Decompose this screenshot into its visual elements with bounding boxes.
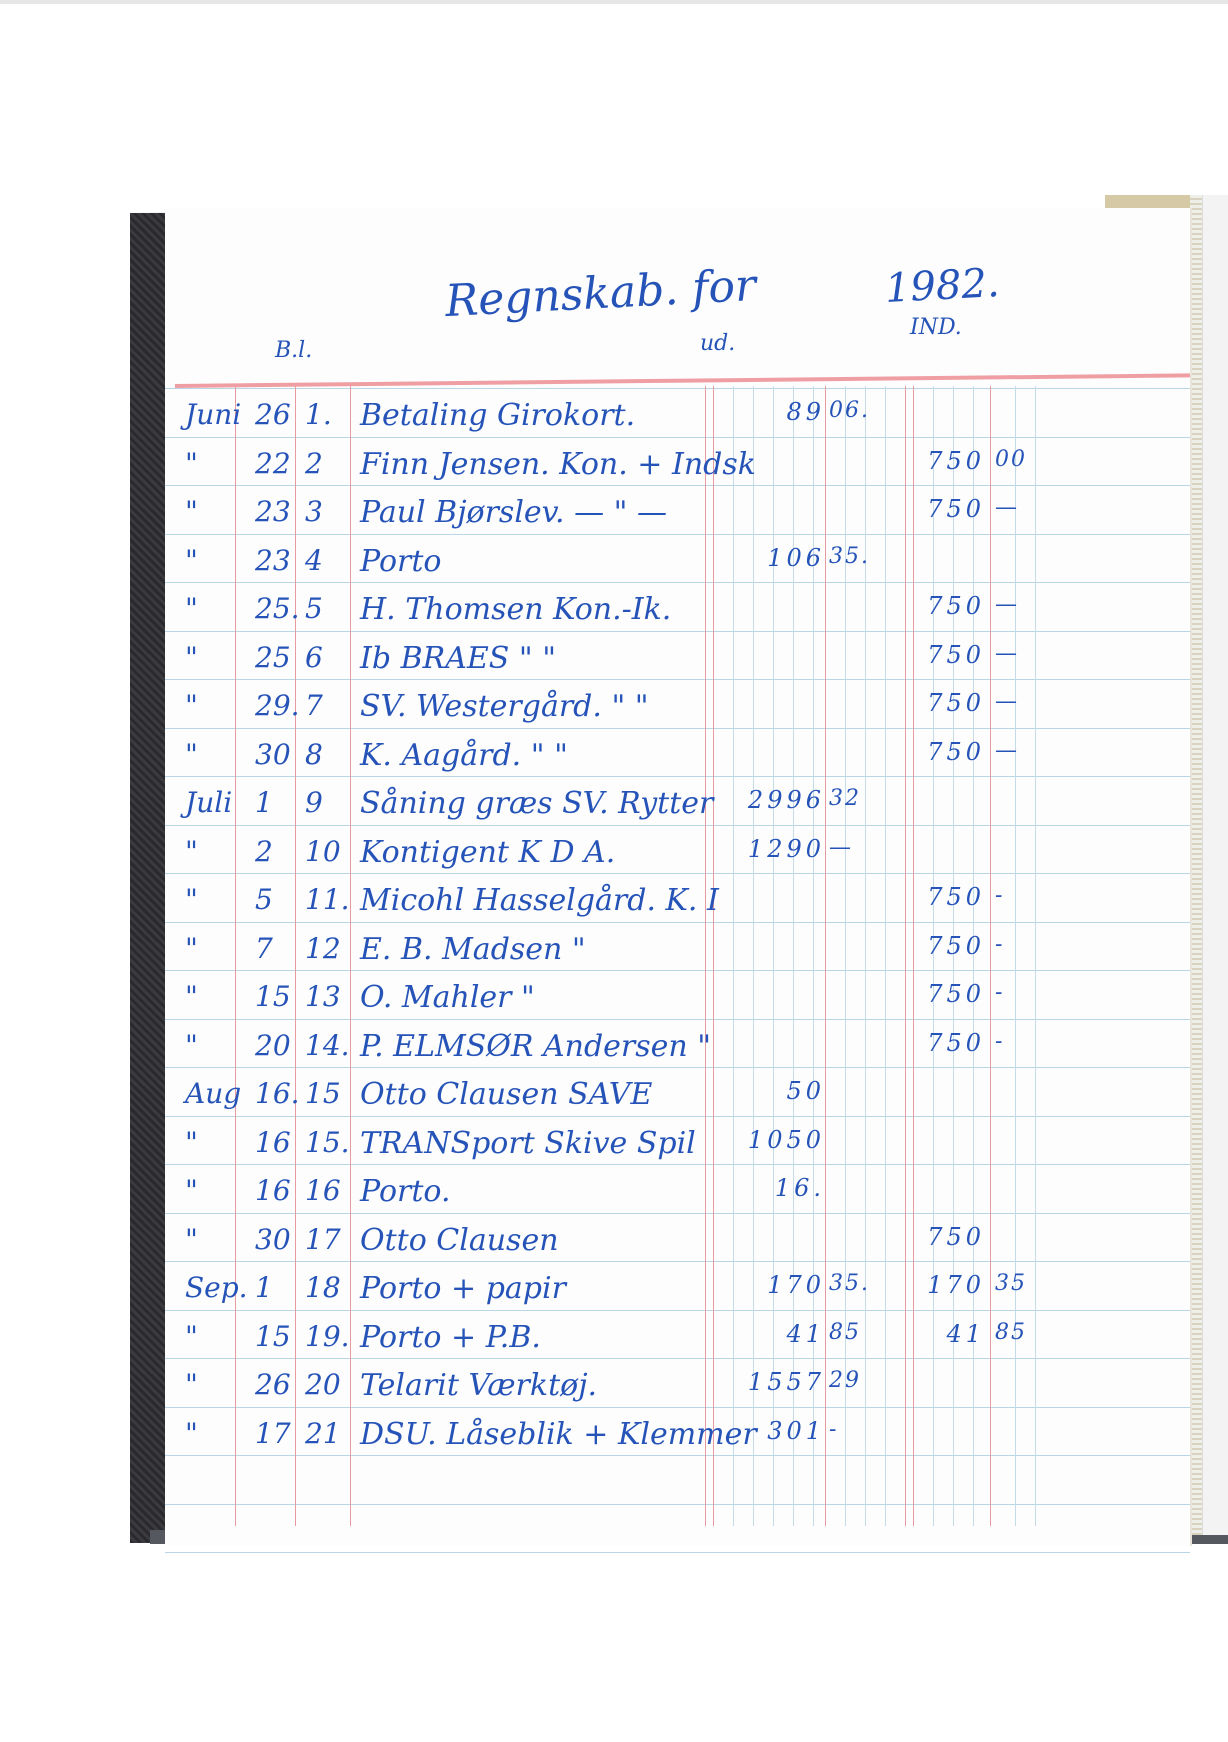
entry-month: ": [185, 1368, 198, 1401]
page-stitched-edge: [1190, 195, 1202, 1535]
entry-description: O. Mahler ": [360, 980, 535, 1015]
ledger-row: "1519.Porto + P.B.41854185: [165, 1314, 1190, 1362]
entry-ind-cents: -: [995, 1029, 1004, 1054]
entry-description: E. B. Madsen ": [360, 932, 586, 967]
entry-description: Kontigent K D A.: [360, 835, 615, 870]
entry-day: 22: [255, 447, 291, 480]
entry-month: ": [185, 1320, 198, 1353]
ruled-line: [165, 388, 1190, 389]
entry-ud-amount: 16.: [705, 1174, 825, 1202]
entry-day: 15: [255, 980, 291, 1013]
entry-ind-cents: -: [995, 932, 1004, 957]
entry-bilag-number: 12: [305, 932, 341, 965]
entry-bilag-number: 15.: [305, 1126, 350, 1159]
entry-description: Otto Clausen SAVE: [360, 1077, 652, 1112]
entry-day: 25.: [255, 592, 300, 625]
entry-ind-amount: 750: [865, 592, 985, 620]
entry-ind-cents: —: [995, 592, 1019, 617]
entry-month: ": [185, 1029, 198, 1062]
entry-ud-amount: 2996: [705, 786, 825, 814]
entry-day: 26: [255, 1368, 291, 1401]
entry-month: ": [185, 689, 198, 722]
entry-ud-amount: 50: [705, 1077, 825, 1105]
entry-description: K. Aagård. " ": [360, 738, 568, 773]
entry-month: ": [185, 980, 198, 1013]
entry-description: SV. Westergård. " ": [360, 689, 649, 724]
ledger-title: Regnskab. for: [444, 260, 757, 327]
entry-day: 16.: [255, 1077, 300, 1110]
entry-ind-amount: 750: [865, 495, 985, 523]
entry-month: ": [185, 1223, 198, 1256]
entry-ud-amount: 106: [705, 544, 825, 572]
entry-ud-cents: 35.: [829, 1271, 870, 1296]
entry-ind-cents: —: [995, 689, 1019, 714]
entry-month: Juni: [185, 398, 241, 431]
entry-day: 2: [255, 835, 273, 868]
ledger-row: "222Finn Jensen. Kon. + Indsk75000: [165, 441, 1190, 489]
entry-day: 30: [255, 1223, 291, 1256]
entry-ud-amount: 170: [705, 1271, 825, 1299]
ledger-row: "1616Porto.16.: [165, 1168, 1190, 1216]
entry-ud-cents: 06.: [829, 398, 870, 423]
ledger-row: "233Paul Bjørslev. — " —750—: [165, 489, 1190, 537]
entry-description: Micohl Hasselgård. K. I: [360, 883, 719, 918]
header-ud: ud.: [700, 331, 735, 356]
ledger-row: "1513O. Mahler "750-: [165, 974, 1190, 1022]
entry-month: ": [185, 1126, 198, 1159]
entry-month: ": [185, 544, 198, 577]
entry-ind-cents: —: [995, 641, 1019, 666]
entry-ud-amount: 41: [705, 1320, 825, 1348]
entry-ud-cents: —: [829, 835, 853, 860]
entry-day: 25: [255, 641, 291, 674]
entry-ud-amount: 1557: [705, 1368, 825, 1396]
entry-description: Otto Clausen: [360, 1223, 559, 1258]
ledger-page: Regnskab. for 1982. B.l. ud. IND. Juni26…: [165, 208, 1190, 1546]
ledger-row: Sep.118Porto + papir17035.17035: [165, 1265, 1190, 1313]
entry-month: ": [185, 592, 198, 625]
entry-description: Porto.: [360, 1174, 451, 1209]
entry-description: Finn Jensen. Kon. + Indsk: [360, 447, 756, 482]
entry-day: 7: [255, 932, 273, 965]
ledger-row: Juni261.Betaling Girokort.8906.: [165, 392, 1190, 440]
ledger-row: "2620Telarit Værktøj.155729: [165, 1362, 1190, 1410]
entry-day: 26: [255, 398, 291, 431]
entry-bilag-number: 14.: [305, 1029, 350, 1062]
entry-month: ": [185, 932, 198, 965]
entry-bilag-number: 1.: [305, 398, 332, 431]
entry-day: 29.: [255, 689, 300, 722]
ruled-line: [165, 1504, 1190, 1505]
entry-description: Paul Bjørslev. — " —: [360, 495, 667, 530]
entry-ind-amount: 750: [865, 980, 985, 1008]
entry-day: 5: [255, 883, 273, 916]
entry-description: Betaling Girokort.: [360, 398, 635, 433]
entry-month: Sep.: [185, 1271, 248, 1304]
entry-day: 23: [255, 544, 291, 577]
scan-top-strip: [0, 0, 1228, 4]
entry-bilag-number: 21: [305, 1417, 341, 1450]
entry-ud-amount: 89: [705, 398, 825, 426]
entry-description: Ib BRAES " ": [360, 641, 556, 676]
entry-bilag-number: 2: [305, 447, 323, 480]
entry-bilag-number: 18: [305, 1271, 341, 1304]
entry-description: Porto: [360, 544, 442, 579]
header-ind: IND.: [910, 315, 962, 340]
ledger-row: Juli19Såning græs SV. Rytter299632: [165, 780, 1190, 828]
entry-ud-amount: 301: [705, 1417, 825, 1445]
entry-ind-amount: 750: [865, 932, 985, 960]
entry-day: 15: [255, 1320, 291, 1353]
entry-ud-amount: 1290: [705, 835, 825, 863]
entry-description: Porto + P.B.: [360, 1320, 541, 1355]
entry-day: 16: [255, 1126, 291, 1159]
entry-month: Juli: [185, 786, 232, 819]
entry-month: ": [185, 883, 198, 916]
entry-month: ": [185, 641, 198, 674]
entry-description: Telarit Værktøj.: [360, 1368, 597, 1403]
entry-bilag-number: 20: [305, 1368, 341, 1401]
entry-day: 17: [255, 1417, 291, 1450]
entry-month: ": [185, 738, 198, 771]
ledger-row: "234Porto10635.: [165, 538, 1190, 586]
entry-month: Aug: [185, 1077, 241, 1110]
entry-bilag-number: 5: [305, 592, 323, 625]
ledger-row: "2014.P. ELMSØR Andersen "750-: [165, 1023, 1190, 1071]
header-bilag: B.l.: [275, 338, 312, 363]
entry-ind-amount: 41: [865, 1320, 985, 1348]
entry-bilag-number: 8: [305, 738, 323, 771]
entry-day: 16: [255, 1174, 291, 1207]
entry-ud-cents: 85: [829, 1320, 861, 1345]
entry-bilag-number: 11.: [305, 883, 350, 916]
entry-month: ": [185, 1417, 198, 1450]
entry-day: 20: [255, 1029, 291, 1062]
entry-bilag-number: 16: [305, 1174, 341, 1207]
entry-description: P. ELMSØR Andersen ": [360, 1029, 711, 1064]
entry-bilag-number: 7: [305, 689, 323, 722]
entry-description: DSU. Låseblik + Klemmer: [360, 1417, 757, 1452]
entry-ud-cents: 29: [829, 1368, 861, 1393]
page-stack-edge: [1202, 195, 1228, 1535]
entry-bilag-number: 4: [305, 544, 323, 577]
ledger-row: Aug16.15Otto Clausen SAVE50: [165, 1071, 1190, 1119]
entry-ind-cents: —: [995, 738, 1019, 763]
ruled-line: [165, 1552, 1190, 1553]
entry-description: Såning græs SV. Rytter: [360, 786, 713, 821]
entry-bilag-number: 17: [305, 1223, 341, 1256]
entry-ind-cents: -: [995, 980, 1004, 1005]
ledger-row: "511.Micohl Hasselgård. K. I750-: [165, 877, 1190, 925]
entry-ud-cents: 32: [829, 786, 861, 811]
ledger-row: "308K. Aagård. " "750—: [165, 732, 1190, 780]
entry-ud-cents: -: [829, 1417, 838, 1442]
entry-day: 1: [255, 786, 273, 819]
entry-description: H. Thomsen Kon.-Ik.: [360, 592, 671, 627]
entry-ind-amount: 750: [865, 883, 985, 911]
entry-bilag-number: 9: [305, 786, 323, 819]
entry-description: Porto + papir: [360, 1271, 566, 1306]
entry-ind-cents: 35: [995, 1271, 1027, 1296]
entry-ind-cents: 85: [995, 1320, 1027, 1345]
ledger-row: "712E. B. Madsen "750-: [165, 926, 1190, 974]
ledger-row: "3017Otto Clausen750: [165, 1217, 1190, 1265]
entry-bilag-number: 19.: [305, 1320, 350, 1353]
ledger-row: "256Ib BRAES " "750—: [165, 635, 1190, 683]
entry-month: ": [185, 835, 198, 868]
entry-bilag-number: 13: [305, 980, 341, 1013]
entry-ud-cents: 35.: [829, 544, 870, 569]
entry-ind-cents: —: [995, 495, 1019, 520]
ledger-row: "1615.TRANSport Skive Spil1050: [165, 1120, 1190, 1168]
entry-day: 30: [255, 738, 291, 771]
entry-day: 1: [255, 1271, 273, 1304]
entry-month: ": [185, 1174, 198, 1207]
entry-bilag-number: 6: [305, 641, 323, 674]
entry-ind-cents: 00: [995, 447, 1027, 472]
entry-ind-amount: 170: [865, 1271, 985, 1299]
entry-description: TRANSport Skive Spil: [360, 1126, 696, 1161]
header-red-rule: [175, 373, 1190, 388]
entry-ud-amount: 1050: [705, 1126, 825, 1154]
ledger-row: "29.7SV. Westergård. " "750—: [165, 683, 1190, 731]
ledger-row: "25.5H. Thomsen Kon.-Ik.750—: [165, 586, 1190, 634]
entry-ind-amount: 750: [865, 1223, 985, 1251]
ledger-year: 1982.: [884, 260, 1001, 312]
entry-ind-amount: 750: [865, 689, 985, 717]
entry-ind-amount: 750: [865, 1029, 985, 1057]
entry-ind-amount: 750: [865, 641, 985, 669]
entry-day: 23: [255, 495, 291, 528]
entry-ind-cents: -: [995, 883, 1004, 908]
entry-bilag-number: 10: [305, 835, 341, 868]
ledger-row: "210Kontigent K D A.1290—: [165, 829, 1190, 877]
entry-bilag-number: 3: [305, 495, 323, 528]
entry-month: ": [185, 447, 198, 480]
entry-ind-amount: 750: [865, 447, 985, 475]
entry-ind-amount: 750: [865, 738, 985, 766]
entry-bilag-number: 15: [305, 1077, 341, 1110]
entry-month: ": [185, 495, 198, 528]
ledger-row: "1721DSU. Låseblik + Klemmer301-: [165, 1411, 1190, 1459]
